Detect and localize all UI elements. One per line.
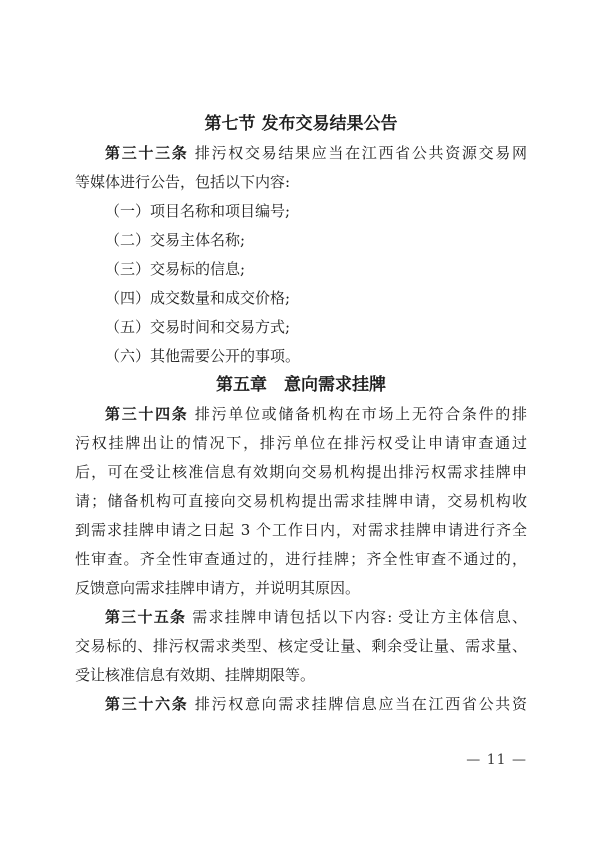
article-34-line-6: 性审查。齐全性审查通过的，进行挂牌；齐全性审查不通过的， (75, 545, 527, 574)
announcement-item-2: （二）交易主体名称; (75, 226, 527, 255)
article-33-line-1: 第三十三条 排污权交易结果应当在江西省公共资源交易网 (75, 139, 527, 168)
article-33-number: 第三十三条 (105, 144, 188, 162)
document-body: 第七节 发布交易结果公告 第三十三条 排污权交易结果应当在江西省公共资源交易网 … (75, 110, 527, 770)
chapter-heading: 第五章 意向需求挂牌 (75, 371, 527, 400)
article-35-line-1: 第三十五条 需求挂牌申请包括以下内容: 受让方主体信息、 (75, 603, 527, 632)
announcement-item-4: （四）成交数量和成交价格; (75, 284, 527, 313)
page-number: — 11 — (75, 750, 527, 770)
announcement-item-5: （五）交易时间和交易方式; (75, 313, 527, 342)
section-heading: 第七节 发布交易结果公告 (75, 110, 527, 139)
article-34-line-4: 请；储备机构可直接向交易机构提出需求挂牌申请，交易机构收 (75, 487, 527, 516)
article-36-line-1: 第三十六条 排污权意向需求挂牌信息应当在江西省公共资 (75, 690, 527, 719)
article-34-number: 第三十四条 (105, 405, 188, 423)
article-36-text: 排污权意向需求挂牌信息应当在江西省公共资 (188, 695, 527, 713)
article-34-line-1: 第三十四条 排污单位或储备机构在市场上无符合条件的排 (75, 400, 527, 429)
article-34-line-2: 污权挂牌出让的情况下，排污单位在排污权受让申请审查通过 (75, 429, 527, 458)
article-36-number: 第三十六条 (105, 695, 188, 713)
article-34-line-3: 后，可在受让核准信息有效期向交易机构提出排污权需求挂牌申 (75, 458, 527, 487)
article-33-line-2: 等媒体进行公告，包括以下内容: (75, 168, 527, 197)
announcement-item-1: （一）项目名称和项目编号; (75, 197, 527, 226)
article-34-line-5: 到需求挂牌申请之日起 3 个工作日内，对需求挂牌申请进行齐全 (75, 516, 527, 545)
article-34-line-7: 反馈意向需求挂牌申请方，并说明其原因。 (75, 574, 527, 603)
article-34-text: 排污单位或储备机构在市场上无符合条件的排 (188, 405, 527, 423)
announcement-item-6: （六）其他需要公开的事项。 (75, 342, 527, 371)
article-35-number: 第三十五条 (105, 608, 186, 626)
document-page: 第七节 发布交易结果公告 第三十三条 排污权交易结果应当在江西省公共资源交易网 … (0, 0, 600, 848)
article-35-line-3: 受让核准信息有效期、挂牌期限等。 (75, 661, 527, 690)
article-33-text: 排污权交易结果应当在江西省公共资源交易网 (188, 144, 527, 162)
article-35-text: 需求挂牌申请包括以下内容: 受让方主体信息、 (186, 608, 527, 626)
announcement-item-3: （三）交易标的信息; (75, 255, 527, 284)
article-35-line-2: 交易标的、排污权需求类型、核定受让量、剩余受让量、需求量、 (75, 632, 527, 661)
